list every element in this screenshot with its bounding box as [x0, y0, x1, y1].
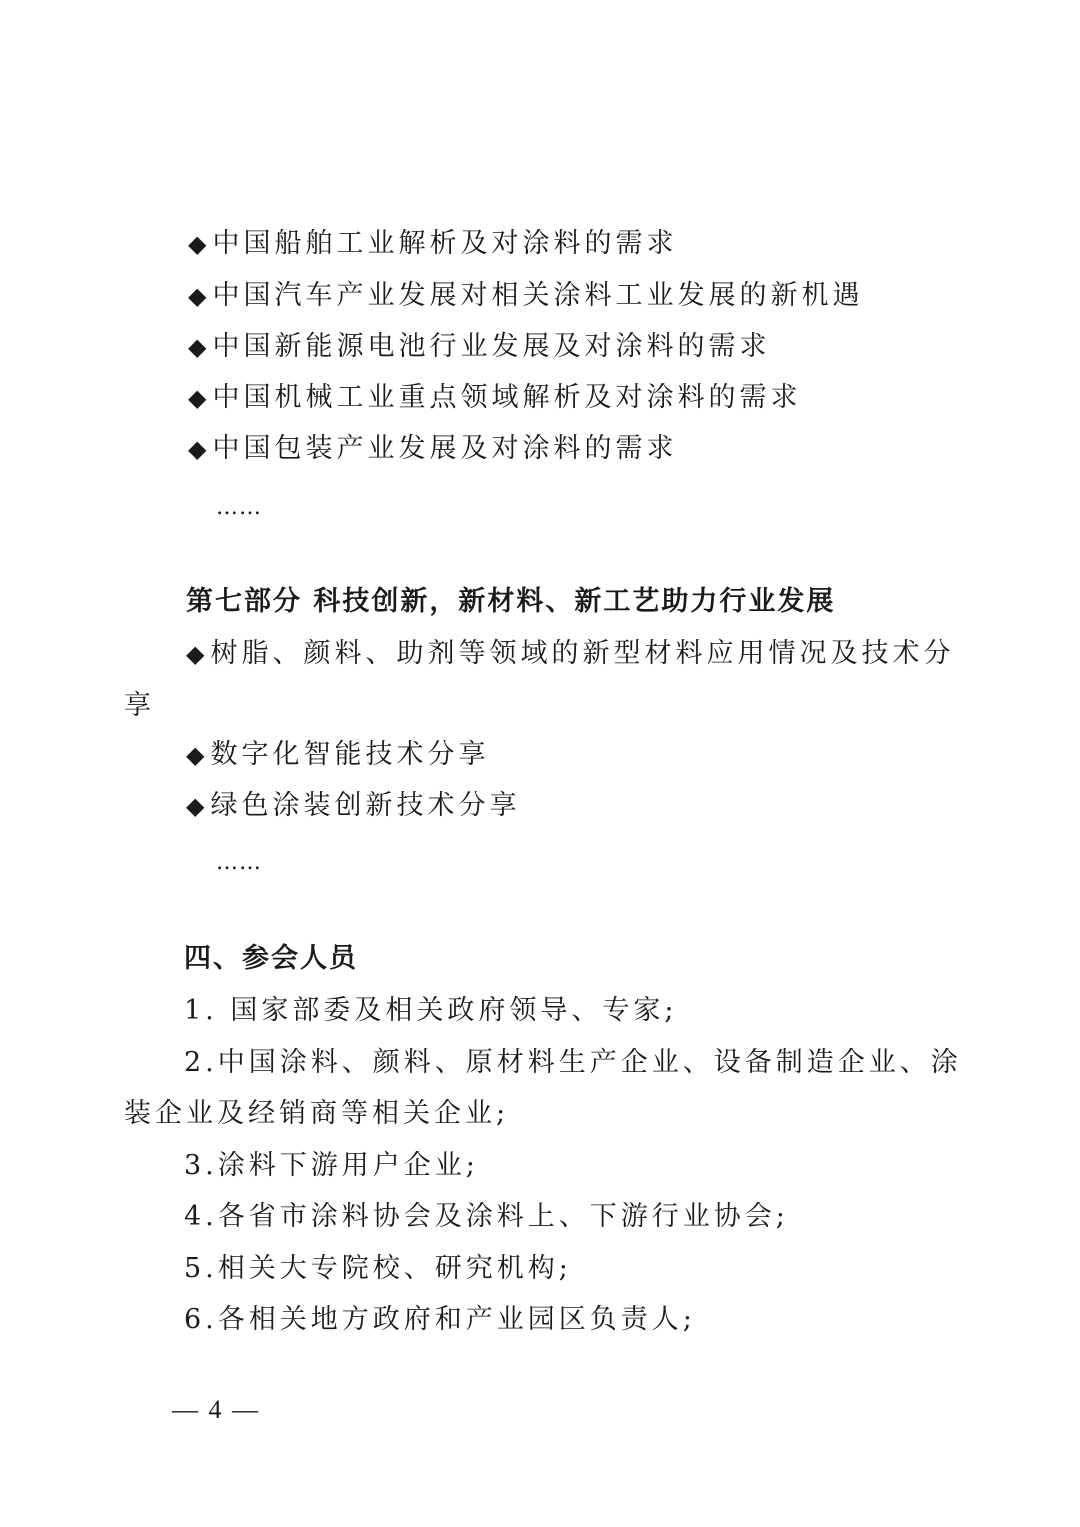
bullet-item: ◆数字化智能技术分享 — [186, 737, 489, 773]
diamond-bullet-icon: ◆ — [186, 741, 208, 769]
attendee-item: 4.各省市涂料协会及涂料上、下游行业协会; — [184, 1199, 789, 1235]
diamond-bullet-icon: ◆ — [188, 435, 210, 463]
ellipsis: …… — [216, 845, 262, 881]
diamond-bullet-icon: ◆ — [186, 640, 208, 668]
diamond-bullet-icon: ◆ — [188, 333, 210, 361]
bullet-item: ◆中国新能源电池行业发展及对涂料的需求 — [188, 329, 770, 365]
bullet-item-continuation: 享 — [124, 688, 155, 724]
attendee-item-continuation: 装企业及经销商等相关企业; — [124, 1096, 509, 1132]
bullet-item: ◆中国机械工业重点领域解析及对涂料的需求 — [188, 380, 801, 416]
bullet-item: ◆中国汽车产业发展对相关涂料工业发展的新机遇 — [188, 278, 863, 314]
bullet-item: ◆中国船舶工业解析及对涂料的需求 — [188, 226, 677, 262]
diamond-bullet-icon: ◆ — [188, 384, 210, 412]
ellipsis: …… — [216, 490, 262, 526]
bullet-item: ◆绿色涂装创新技术分享 — [186, 788, 520, 824]
diamond-bullet-icon: ◆ — [188, 282, 210, 310]
bullet-item: ◆树脂、颜料、助剂等领域的新型材料应用情况及技术分 — [186, 636, 954, 672]
section-seven-title: 第七部分 科技创新，新材料、新工艺助力行业发展 — [186, 584, 835, 620]
page-number: — 4 — — [172, 1395, 260, 1425]
attendees-heading: 四、参会人员 — [184, 941, 358, 977]
attendee-item: 1. 国家部委及相关政府领导、专家; — [184, 993, 677, 1029]
diamond-bullet-icon: ◆ — [188, 230, 210, 258]
diamond-bullet-icon: ◆ — [186, 792, 208, 820]
attendee-item: 5.相关大专院校、研究机构; — [184, 1251, 572, 1287]
bullet-item: ◆中国包装产业发展及对涂料的需求 — [188, 431, 677, 467]
attendee-item: 2.中国涂料、颜料、原材料生产企业、设备制造企业、涂 — [184, 1045, 962, 1081]
attendee-item: 3.涂料下游用户企业; — [184, 1148, 479, 1184]
attendee-item: 6.各相关地方政府和产业园区负责人; — [184, 1302, 696, 1338]
